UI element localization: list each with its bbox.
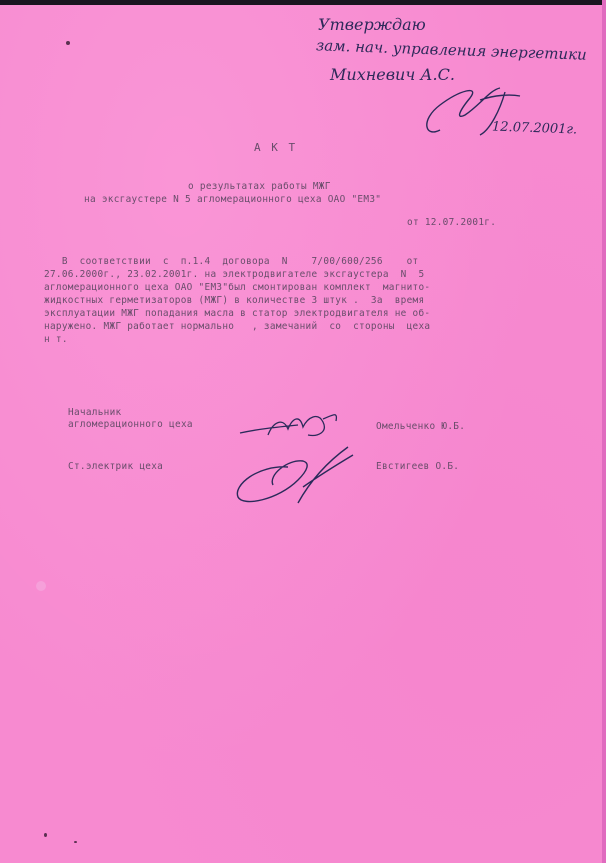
approval-date: 12.07.2001г. <box>492 120 578 138</box>
body-line: 27.06.2000г., 23.02.2001г. на электродви… <box>44 269 424 280</box>
signer-1-position-line2: агломерационного цеха <box>68 419 193 430</box>
document-date: от 12.07.2001г. <box>407 217 496 228</box>
document-page: Утверждаю зам. нач. управления энергетик… <box>0 5 602 863</box>
document-subtitle-2: на эксгаустере N 5 агломерационного цеха… <box>84 194 381 205</box>
signer-2-name: Евстигеев О.Б. <box>376 461 459 472</box>
signer-1-name: Омельченко Ю.Б. <box>376 421 465 432</box>
scan-speck <box>74 841 77 843</box>
approval-position: зам. нач. управления энергетики <box>316 36 587 63</box>
body-line: наружено. МЖГ работает нормально , замеч… <box>44 321 430 332</box>
signer-1-position-line1: Начальник <box>68 407 122 418</box>
scan-edge <box>602 0 606 863</box>
signer-2-signature <box>228 445 358 507</box>
document-title: А К Т <box>254 141 297 154</box>
body-line: н т. <box>44 334 68 345</box>
body-line: жидкостных герметизаторов (МЖГ) в количе… <box>44 295 424 306</box>
body-line: эксплуатации МЖГ попадания масла в стато… <box>44 308 430 319</box>
scan-speck <box>66 41 70 45</box>
scan-speck <box>44 833 47 837</box>
body-line: В соответствии с п.1.4 договора N 7/00/6… <box>44 256 419 267</box>
scan-speck <box>36 581 46 591</box>
document-subtitle-1: о результатах работы МЖГ <box>188 181 331 192</box>
signer-2-position: Ст.электрик цеха <box>68 461 163 472</box>
approval-heading: Утверждаю <box>318 15 426 34</box>
signer-1-signature <box>238 407 348 447</box>
body-line: агломерационного цеха ОАО "ЕМЗ"был смонт… <box>44 282 430 293</box>
